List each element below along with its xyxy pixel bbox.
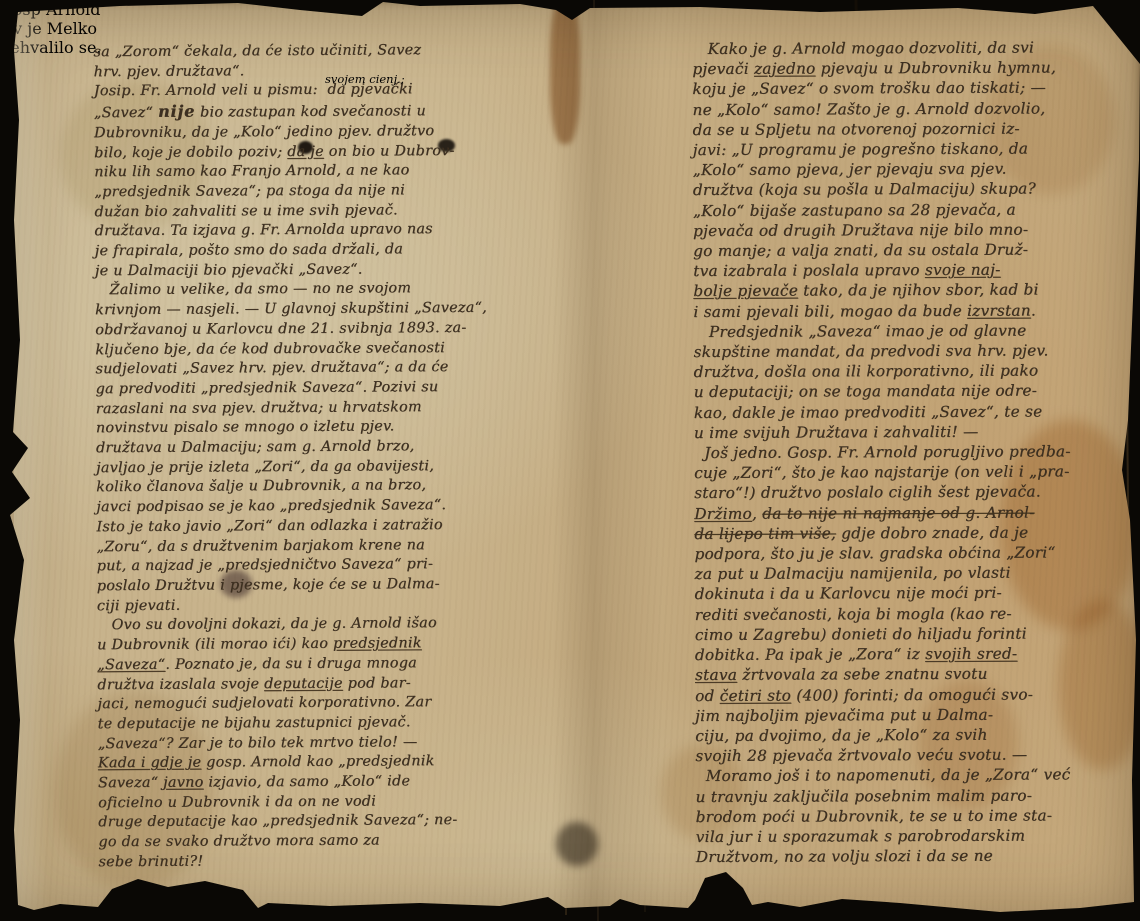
pencil-note-line: nehvalilo se.: [0, 38, 1140, 57]
manuscript-line: „Kolo“ bijaše zastupano sa 28 pjevača, a: [693, 199, 1139, 221]
manuscript-line: družtva, došla ona ili korporativno, ili…: [694, 360, 1140, 382]
manuscript-line: rediti svečanosti, koja bi mogla (kao re…: [695, 603, 1140, 625]
manuscript-line: Isto je tako javio „Zori“ dan odlazka i …: [96, 516, 488, 538]
manuscript-line: Josip. Fr. Arnold veli u pismu: da pjeva…: [94, 80, 486, 102]
ink-blot: [438, 139, 455, 152]
manuscript-line: družtva (koja su pošla u Dalmaciju) skup…: [693, 178, 1139, 200]
manuscript-line: u ime svijuh Družtava i zahvaliti! —: [694, 421, 1140, 443]
manuscript-photo: sa „Zorom“ čekala, da će isto učiniti, S…: [0, 0, 1140, 921]
left-page-text: sa „Zorom“ čekala, da će isto učiniti, S…: [93, 41, 490, 873]
interline-insertion-note: svojem cienj.;: [325, 72, 405, 86]
manuscript-line: go da se svako družtvo mora samo za: [98, 831, 490, 853]
manuscript-line: put, a najzad je „predsjedničtvo Saveza“…: [97, 555, 489, 577]
ink-blot: [298, 141, 313, 154]
ink-blot: [220, 570, 252, 598]
manuscript-line: novinstvu pisalo se mnogo o izletu pjev.: [96, 417, 488, 439]
stain: [550, 0, 580, 144]
manuscript-line: skupštine mandat, da predvodi sva hrv. p…: [694, 340, 1140, 362]
manuscript-line: „Savez“ nije bio zastupan kod svečanosti…: [94, 100, 486, 124]
stain: [660, 745, 745, 840]
manuscript-line: krivnjom — nasjeli. — U glavnoj skupštin…: [95, 299, 487, 321]
manuscript-line: Kada i gdje je gosp. Arnold kao „predsje…: [98, 752, 490, 774]
manuscript-line: sebe brinuti?!: [98, 851, 490, 873]
manuscript-line: javi: „U programu je pogrešno tiskano, d…: [693, 138, 1139, 160]
stain: [918, 680, 1018, 810]
manuscript-line: jaci, nemogući sudjelovati korporativno.…: [97, 693, 489, 715]
stain: [60, 80, 210, 230]
manuscript-line: bilo, koje je dobilo poziv; da je on bio…: [94, 141, 486, 163]
manuscript-line: jim najboljim pjevačima put u Dalma-: [695, 704, 1140, 726]
manuscript-line: Dubrovniku, da je „Kolo“ jedino pjev. dr…: [94, 122, 486, 144]
manuscript-line: cuje „Zori“, što je kao najstarije (on v…: [694, 461, 1140, 483]
manuscript-line: tva izabrala i poslala upravo svoje naj-: [693, 259, 1139, 281]
manuscript-line: Ovo su dovoljni dokazi, da je g. Arnold …: [97, 614, 489, 636]
stain: [55, 690, 215, 890]
manuscript-line: u travnju zaključila posebnim malim paro…: [695, 785, 1140, 807]
manuscript-line: staro“!) družtvo poslalo ciglih šest pje…: [694, 481, 1140, 503]
manuscript-line: Još jedno. Gosp. Fr. Arnold porugljivo p…: [694, 441, 1140, 463]
center-fold-shading: [552, 0, 662, 921]
manuscript-line: ciju, pa dvojimo, da je „Kolo“ za svih: [695, 724, 1140, 746]
manuscript-line: Kako je g. Arnold mogao dozvoliti, da sv…: [692, 37, 1138, 59]
manuscript-line: poslalo Družtvu i pjesme, koje će se u D…: [97, 575, 489, 597]
manuscript-line: u deputaciji; on se toga mandata nije od…: [694, 380, 1140, 402]
pencil-colon-mark: :: [0, 95, 1140, 114]
manuscript-line: da se u Spljetu na otvorenoj pozornici i…: [693, 118, 1139, 140]
manuscript-line: koliko članova šalje u Dubrovnik, a na b…: [96, 476, 488, 498]
right-page-text: Kako je g. Arnold mogao dozvoliti, da sv…: [692, 37, 1140, 867]
manuscript-line: družtava u Dalmaciju; sam g. Arnold brzo…: [96, 437, 488, 459]
manuscript-line: je u Dalmaciji bio pjevački „Savez“.: [95, 260, 487, 282]
manuscript-line: „Kolo“ samo pjeva, jer pjevaju sva pjev.: [693, 158, 1139, 180]
manuscript-line: dokinuta i da u Karlovcu nije moći pri-: [695, 583, 1140, 605]
manuscript-line: kao, dakle je imao predvoditi „Savez“, t…: [694, 401, 1140, 423]
manuscript-line: Moramo još i to napomenuti, da je „Zora“…: [695, 764, 1140, 786]
manuscript-line: „Saveza“. Poznato je, da su i druga mnog…: [97, 654, 489, 676]
manuscript-line: „Zoru“, da s družtvenim barjakom krene n…: [96, 535, 488, 557]
manuscript-line: da lijepo tim više, gdje dobro znade, da…: [694, 522, 1140, 544]
manuscript-line: za put u Dalmaciju namijenila, po vlasti: [694, 562, 1140, 584]
manuscript-line: obdržavanoj u Karlovcu dne 21. svibnja 1…: [95, 319, 487, 341]
manuscript-line: družtva izaslala svoje deputacije pod ba…: [97, 673, 489, 695]
stain: [1000, 420, 1140, 630]
manuscript-line: družtava. Ta izjava g. Fr. Arnolda uprav…: [95, 220, 487, 242]
manuscript-line: sa „Zorom“ čekala, da će isto učiniti, S…: [93, 41, 485, 63]
manuscript-line: Držimo, da to nije ni najmanje od g. Arn…: [694, 502, 1140, 524]
pencil-cross-mark: +: [0, 57, 1140, 76]
paper-sheet: sa „Zorom“ čekala, da će isto učiniti, S…: [0, 0, 1140, 921]
manuscript-line: u Dubrovnik (ili morao ići) kao predsjed…: [97, 634, 489, 656]
manuscript-line: Saveza“ javno izjavio, da samo „Kolo“ id…: [98, 772, 490, 794]
pencil-note-line: Ov je Melko: [0, 19, 1140, 38]
manuscript-line: je frapirala, pošto smo do sada držali, …: [95, 240, 487, 262]
manuscript-line: podpora, što ju je slav. gradska obćina …: [694, 542, 1140, 564]
stain: [1058, 600, 1140, 770]
manuscript-line: Žalimo u velike, da smo — no ne svojom: [95, 279, 487, 301]
manuscript-line: i sami pjevali bili, mogao da bude izvrs…: [693, 300, 1139, 322]
manuscript-line: koju je „Savez“ o svom trošku dao tiskat…: [692, 77, 1138, 99]
manuscript-line: druge deputacije kao „predsjednik Saveza…: [98, 811, 490, 833]
manuscript-line: „predsjednik Saveza“; pa stoga da nije n…: [94, 181, 486, 203]
manuscript-line: Družtvom, no za volju slozi i da se ne: [696, 845, 1140, 867]
manuscript-line: bolje pjevače tako, da je njihov sbor, k…: [693, 279, 1139, 301]
manuscript-line: niku lih samo kao Franjo Arnold, a ne ka…: [94, 161, 486, 183]
manuscript-line: „Saveza“? Zar je to bilo tek mrtvo tielo…: [98, 732, 490, 754]
manuscript-line: brodom poći u Dubrovnik, te se u to ime …: [696, 805, 1140, 827]
manuscript-line: svojih 28 pjevača žrtvovalo veću svotu. …: [695, 744, 1140, 766]
manuscript-line: ga predvoditi „predsjednik Saveza“. Pozi…: [96, 378, 488, 400]
ink-smudge: [556, 822, 598, 866]
manuscript-line: razaslani na sva pjev. družtva; u hrvats…: [96, 397, 488, 419]
manuscript-line: stava žrtvovala za sebe znatnu svotu: [695, 663, 1140, 685]
manuscript-line: ciji pjevati.: [97, 594, 489, 616]
manuscript-line: dužan bio zahvaliti se u ime svih pjevač…: [94, 200, 486, 222]
manuscript-line: ne „Kolo“ samo! Zašto je g. Arnold dozvo…: [692, 98, 1138, 120]
manuscript-line: javljao je prije izleta „Zori“, da ga ob…: [96, 457, 488, 479]
manuscript-line: vila jur i u sporazumak s parobrodarskim: [696, 825, 1140, 847]
manuscript-line: oficielno u Dubrovnik i da on ne vodi: [98, 792, 490, 814]
manuscript-line: cimo u Zagrebu) donieti do hiljadu forin…: [695, 623, 1140, 645]
manuscript-line: pjevači zajedno pjevaju u Dubrovniku hym…: [692, 57, 1138, 79]
stain: [985, 45, 1115, 195]
ink-cross-mark: +: [0, 76, 1140, 95]
manuscript-line: sudjelovati „Savez hrv. pjev. družtava“;…: [95, 358, 487, 380]
pencil-margin-note: Ov je Melko nehvalilo se.: [0, 19, 1140, 57]
manuscript-line: pjevača od drugih Družtava nije bilo mno…: [693, 219, 1139, 241]
manuscript-line: od četiri sto (400) forinti; da omogući …: [695, 684, 1140, 706]
manuscript-line: javci podpisao se je kao „predsjednik Sa…: [96, 496, 488, 518]
manuscript-line: hrv. pjev. družtava“.: [94, 61, 486, 83]
manuscript-line: ključeno bje, da će kod dubrovačke sveča…: [95, 338, 487, 360]
manuscript-line: go manje; a valja znati, da su ostala Dr…: [693, 239, 1139, 261]
manuscript-line: Predsjednik „Saveza“ imao je od glavne: [693, 320, 1139, 342]
manuscript-line: dobitka. Pa ipak je „Zora“ iz svojih sre…: [695, 643, 1140, 665]
manuscript-line: te deputacije ne bijahu zastupnici pjeva…: [98, 713, 490, 735]
